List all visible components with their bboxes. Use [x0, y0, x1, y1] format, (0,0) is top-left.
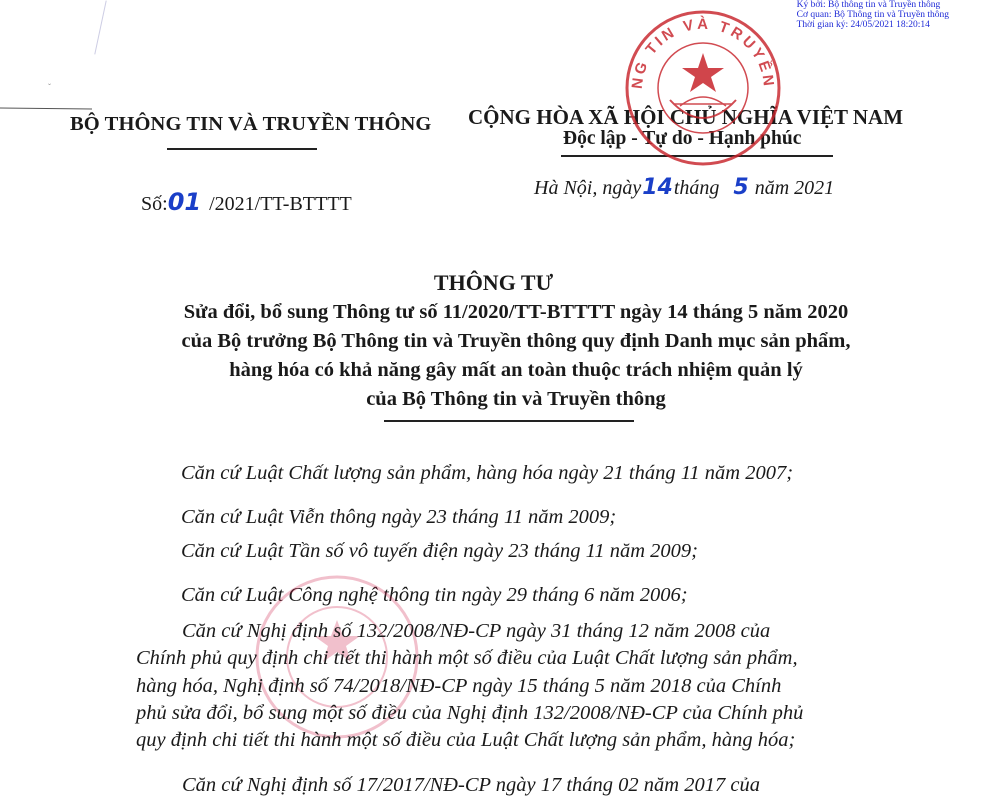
national-title: CỘNG HÒA XÃ HỘI CHỦ NGHĨA VIỆT NAM — [468, 105, 903, 130]
scan-mark-line — [0, 108, 92, 110]
subject-line: của Bộ Thông tin và Truyền thông — [0, 385, 987, 414]
paragraph-line: phủ sửa đổi, bổ sung một số điều của Ngh… — [136, 700, 900, 727]
paragraph-line: hàng hóa, Nghị định số 74/2018/NĐ-CP ngà… — [136, 673, 900, 700]
document-number: Số:01/2021/TT-BTTTT — [141, 188, 352, 216]
subject-line: Sửa đổi, bổ sung Thông tư số 11/2020/TT-… — [0, 298, 987, 327]
doc-number-suffix: /2021/TT-BTTTT — [209, 193, 352, 215]
document-subject: Sửa đổi, bổ sung Thông tư số 11/2020/TT-… — [0, 298, 987, 414]
scan-speck: ˇ — [48, 82, 51, 92]
signature-agency: Cơ quan: Bộ Thông tin và Truyền thông — [797, 10, 949, 20]
ministry-underline — [167, 148, 317, 150]
star-icon — [682, 53, 724, 92]
svg-text:BỘ THÔNG TIN VÀ TRUYỀN THÔNG: BỘ THÔNG TIN VÀ TRUYỀN THÔNG — [622, 8, 777, 90]
place-and-date: Hà Nội, ngày14tháng5năm 2021 — [534, 175, 834, 200]
legal-basis: Căn cứ Luật Viễn thông ngày 23 tháng 11 … — [181, 506, 616, 529]
digital-signature-info: Ký bởi: Bộ thông tin và Truyền thông Cơ … — [797, 0, 949, 30]
paragraph-line: quy định chi tiết thi hành một số điều c… — [136, 727, 900, 754]
paragraph-line: Căn cứ Nghị định số 17/2017/NĐ-CP ngày 1… — [136, 772, 900, 799]
legal-basis: Căn cứ Luật Tần số vô tuyến điện ngày 23… — [181, 540, 698, 563]
month-label: tháng — [674, 177, 720, 199]
legal-basis: Căn cứ Luật Chất lượng sản phẩm, hàng hó… — [181, 462, 793, 485]
subject-line: của Bộ trưởng Bộ Thông tin và Truyền thô… — [0, 327, 987, 356]
doc-number-handwritten: 01 — [168, 188, 201, 216]
doc-number-prefix: Số: — [141, 193, 168, 215]
paragraph-line: Căn cứ Nghị định số 132/2008/NĐ-CP ngày … — [136, 618, 900, 645]
day-handwritten: 14 — [642, 175, 673, 200]
place-date-prefix: Hà Nội, ngày — [534, 177, 641, 199]
subject-underline — [384, 420, 634, 422]
legal-basis: Căn cứ Luật Công nghệ thông tin ngày 29 … — [181, 584, 688, 607]
year-text: năm 2021 — [755, 177, 834, 199]
motto-underline — [561, 155, 833, 157]
signature-time: Thời gian ký: 24/05/2021 18:20:14 — [797, 20, 949, 30]
document-type: THÔNG TƯ — [0, 270, 987, 296]
subject-line: hàng hóa có khả năng gây mất an toàn thu… — [0, 356, 987, 385]
month-handwritten: 5 — [733, 175, 748, 200]
scan-mark — [94, 0, 106, 54]
issuing-ministry: BỘ THÔNG TIN VÀ TRUYỀN THÔNG — [70, 113, 431, 136]
legal-basis-paragraph: Căn cứ Nghị định số 17/2017/NĐ-CP ngày 1… — [136, 772, 900, 799]
signature-signer: Ký bởi: Bộ thông tin và Truyền thông — [797, 0, 949, 10]
national-motto: Độc lập - Tự do - Hạnh phúc — [563, 128, 801, 150]
legal-basis-paragraph: Căn cứ Nghị định số 132/2008/NĐ-CP ngày … — [136, 618, 900, 754]
paragraph-line: Chính phủ quy định chi tiết thi hành một… — [136, 645, 900, 672]
